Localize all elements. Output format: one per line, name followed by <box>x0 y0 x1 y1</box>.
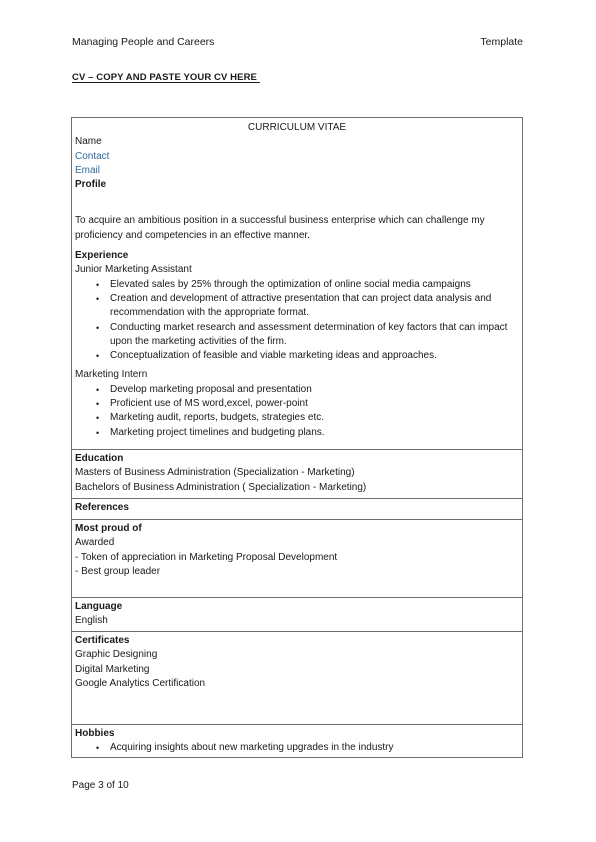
list-item: Proficient use of MS word,excel, power-p… <box>75 397 519 411</box>
language-label: Language <box>75 600 519 614</box>
education-item: Masters of Business Administration (Spec… <box>75 466 519 480</box>
name-label: Name <box>75 135 519 149</box>
certificate-item: Graphic Designing <box>75 648 519 662</box>
proud-item: Awarded <box>75 536 519 550</box>
experience-label: Experience <box>75 249 519 263</box>
job-title: Junior Marketing Assistant <box>75 263 519 277</box>
page-number: Page 3 of 10 <box>72 780 129 791</box>
list-item: Elevated sales by 25% through the optimi… <box>75 278 519 292</box>
list-item: Creation and development of attractive p… <box>75 292 519 321</box>
header-document-title: Managing People and Careers <box>72 36 214 48</box>
profile-text: To acquire an ambitious position in a su… <box>75 214 505 244</box>
list-item: Marketing project timelines and budgetin… <box>75 426 519 440</box>
cv-section-heading: CV – COPY AND PASTE YOUR CV HERE <box>72 72 260 83</box>
certificate-item: Google Analytics Certification <box>75 677 519 691</box>
contact-label: Contact <box>75 150 519 164</box>
hobbies-label: Hobbies <box>75 727 519 741</box>
education-cell: Education Masters of Business Administra… <box>72 449 522 498</box>
hobbies-cell: Hobbies Acquiring insights about new mar… <box>72 724 522 757</box>
proud-item: - Best group leader <box>75 565 519 579</box>
hobbies-list: Acquiring insights about new marketing u… <box>75 741 519 755</box>
certificate-item: Digital Marketing <box>75 663 519 677</box>
list-item: Conducting market research and assessmen… <box>75 321 519 350</box>
job-bullets: Elevated sales by 25% through the optimi… <box>75 278 519 364</box>
language-cell: Language English <box>72 597 522 631</box>
cv-title: CURRICULUM VITAE <box>75 121 519 135</box>
header-template-label: Template <box>480 36 523 48</box>
certificates-label: Certificates <box>75 634 519 648</box>
list-item: Acquiring insights about new marketing u… <box>75 741 519 755</box>
proud-cell: Most proud of Awarded - Token of appreci… <box>72 519 522 597</box>
education-item: Bachelors of Business Administration ( S… <box>75 481 519 495</box>
references-label: References <box>75 501 519 515</box>
references-cell: References <box>72 498 522 519</box>
proud-item: - Token of appreciation in Marketing Pro… <box>75 551 519 565</box>
language-item: English <box>75 614 519 628</box>
list-item: Develop marketing proposal and presentat… <box>75 383 519 397</box>
job-bullets: Develop marketing proposal and presentat… <box>75 383 519 440</box>
cv-table: CURRICULUM VITAE Name Contact Email Prof… <box>71 117 523 758</box>
profile-label: Profile <box>75 178 519 192</box>
list-item: Marketing audit, reports, budgets, strat… <box>75 411 519 425</box>
job-title: Marketing Intern <box>75 368 519 382</box>
email-label: Email <box>75 164 519 178</box>
list-item: Conceptualization of feasible and viable… <box>75 349 519 363</box>
proud-label: Most proud of <box>75 522 519 536</box>
education-label: Education <box>75 452 519 466</box>
certificates-cell: Certificates Graphic Designing Digital M… <box>72 631 522 724</box>
cv-main-cell: CURRICULUM VITAE Name Contact Email Prof… <box>72 118 522 449</box>
